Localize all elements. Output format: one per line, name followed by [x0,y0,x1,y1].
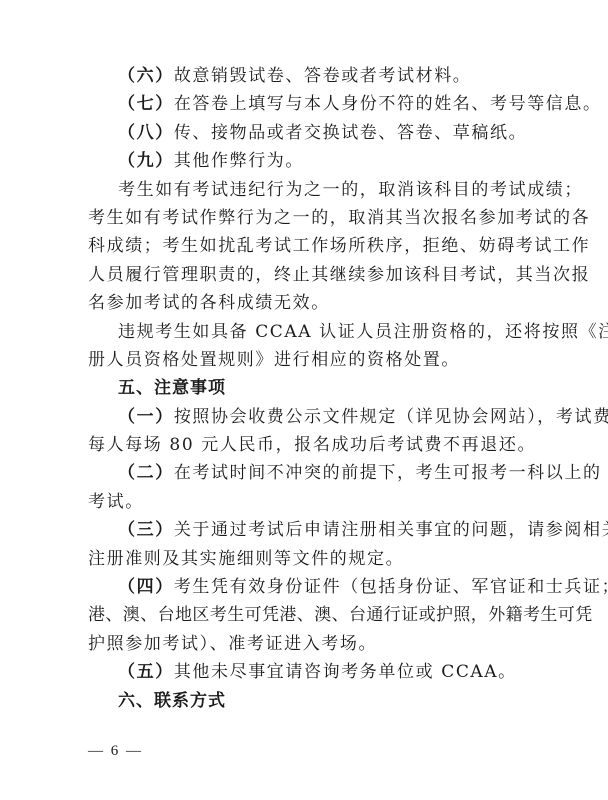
list-item-continuation: 注册准则及其实施细则等文件的规定。 [88,545,534,573]
document-page: （六）故意销毁试卷、答卷或者考试材料。 （七）在答卷上填写与本人身份不符的姓名、… [88,62,534,715]
item-number: （六） [118,66,174,86]
list-item: （四）考生凭有效身份证件（包括身份证、军官证和士兵证； [88,573,534,601]
item-text: 在答卷上填写与本人身份不符的姓名、考号等信息。 [174,94,602,114]
item-number: （二） [118,463,174,483]
section-heading: 六、联系方式 [88,687,534,715]
list-item: （九）其他作弊行为。 [88,147,534,175]
item-number: （一） [118,407,174,427]
item-number: （五） [118,662,174,682]
list-item: （一）按照协会收费公示文件规定（详见协会网站），考试费为 [88,403,534,431]
list-item: （七）在答卷上填写与本人身份不符的姓名、考号等信息。 [88,90,534,118]
section-heading: 五、注意事项 [88,374,534,402]
list-item: （二）在考试时间不冲突的前提下，考生可报考一科以上的 [88,459,534,487]
item-text: 按照协会收费公示文件规定（详见协会网站），考试费为 [174,407,608,427]
item-text: 其他未尽事宜请咨询考务单位或 CCAA。 [174,662,517,682]
item-text: 故意销毁试卷、答卷或者考试材料。 [174,66,472,86]
paragraph-line: 名参加考试的各科成绩无效。 [88,289,534,317]
list-item-continuation: 考试。 [88,488,534,516]
list-item: （八）传、接物品或者交换试卷、答卷、草稿纸。 [88,119,534,147]
item-number: （七） [118,94,174,114]
page-number: — 6 — [88,743,143,760]
list-item-continuation: 港、澳、台地区考生可凭港、澳、台通行证或护照，外籍考生可凭 [88,601,534,629]
item-number: （九） [118,151,174,171]
paragraph-line: 册人员资格处置规则》进行相应的资格处置。 [88,346,534,374]
item-text: 其他作弊行为。 [174,151,304,171]
item-text: 考生凭有效身份证件（包括身份证、军官证和士兵证； [174,577,608,597]
paragraph-line: 违规考生如具备 CCAA 认证人员注册资格的，还将按照《注 [88,318,534,346]
list-item-continuation: 每人每场 80 元人民币，报名成功后考试费不再退还。 [88,431,534,459]
item-number: （四） [118,577,174,597]
list-item: （五）其他未尽事宜请咨询考务单位或 CCAA。 [88,658,534,686]
item-text: 关于通过考试后申请注册相关事宜的问题，请参阅相关 [174,520,608,540]
paragraph-line: 考生如有考试违纪行为之一的，取消该科目的考试成绩； [88,176,534,204]
paragraph-line: 考生如有考试作弊行为之一的，取消其当次报名参加考试的各 [88,204,534,232]
item-text: 传、接物品或者交换试卷、答卷、草稿纸。 [174,123,527,143]
item-number: （三） [118,520,174,540]
list-item: （六）故意销毁试卷、答卷或者考试材料。 [88,62,534,90]
paragraph-line: 人员履行管理职责的，终止其继续参加该科目考试，其当次报 [88,261,534,289]
paragraph-line: 科成绩；考生如扰乱考试工作场所秩序，拒绝、妨碍考试工作 [88,232,534,260]
list-item-continuation: 护照参加考试）、准考证进入考场。 [88,630,534,658]
item-number: （八） [118,123,174,143]
item-text: 在考试时间不冲突的前提下，考生可报考一科以上的 [174,463,602,483]
list-item: （三）关于通过考试后申请注册相关事宜的问题，请参阅相关 [88,516,534,544]
